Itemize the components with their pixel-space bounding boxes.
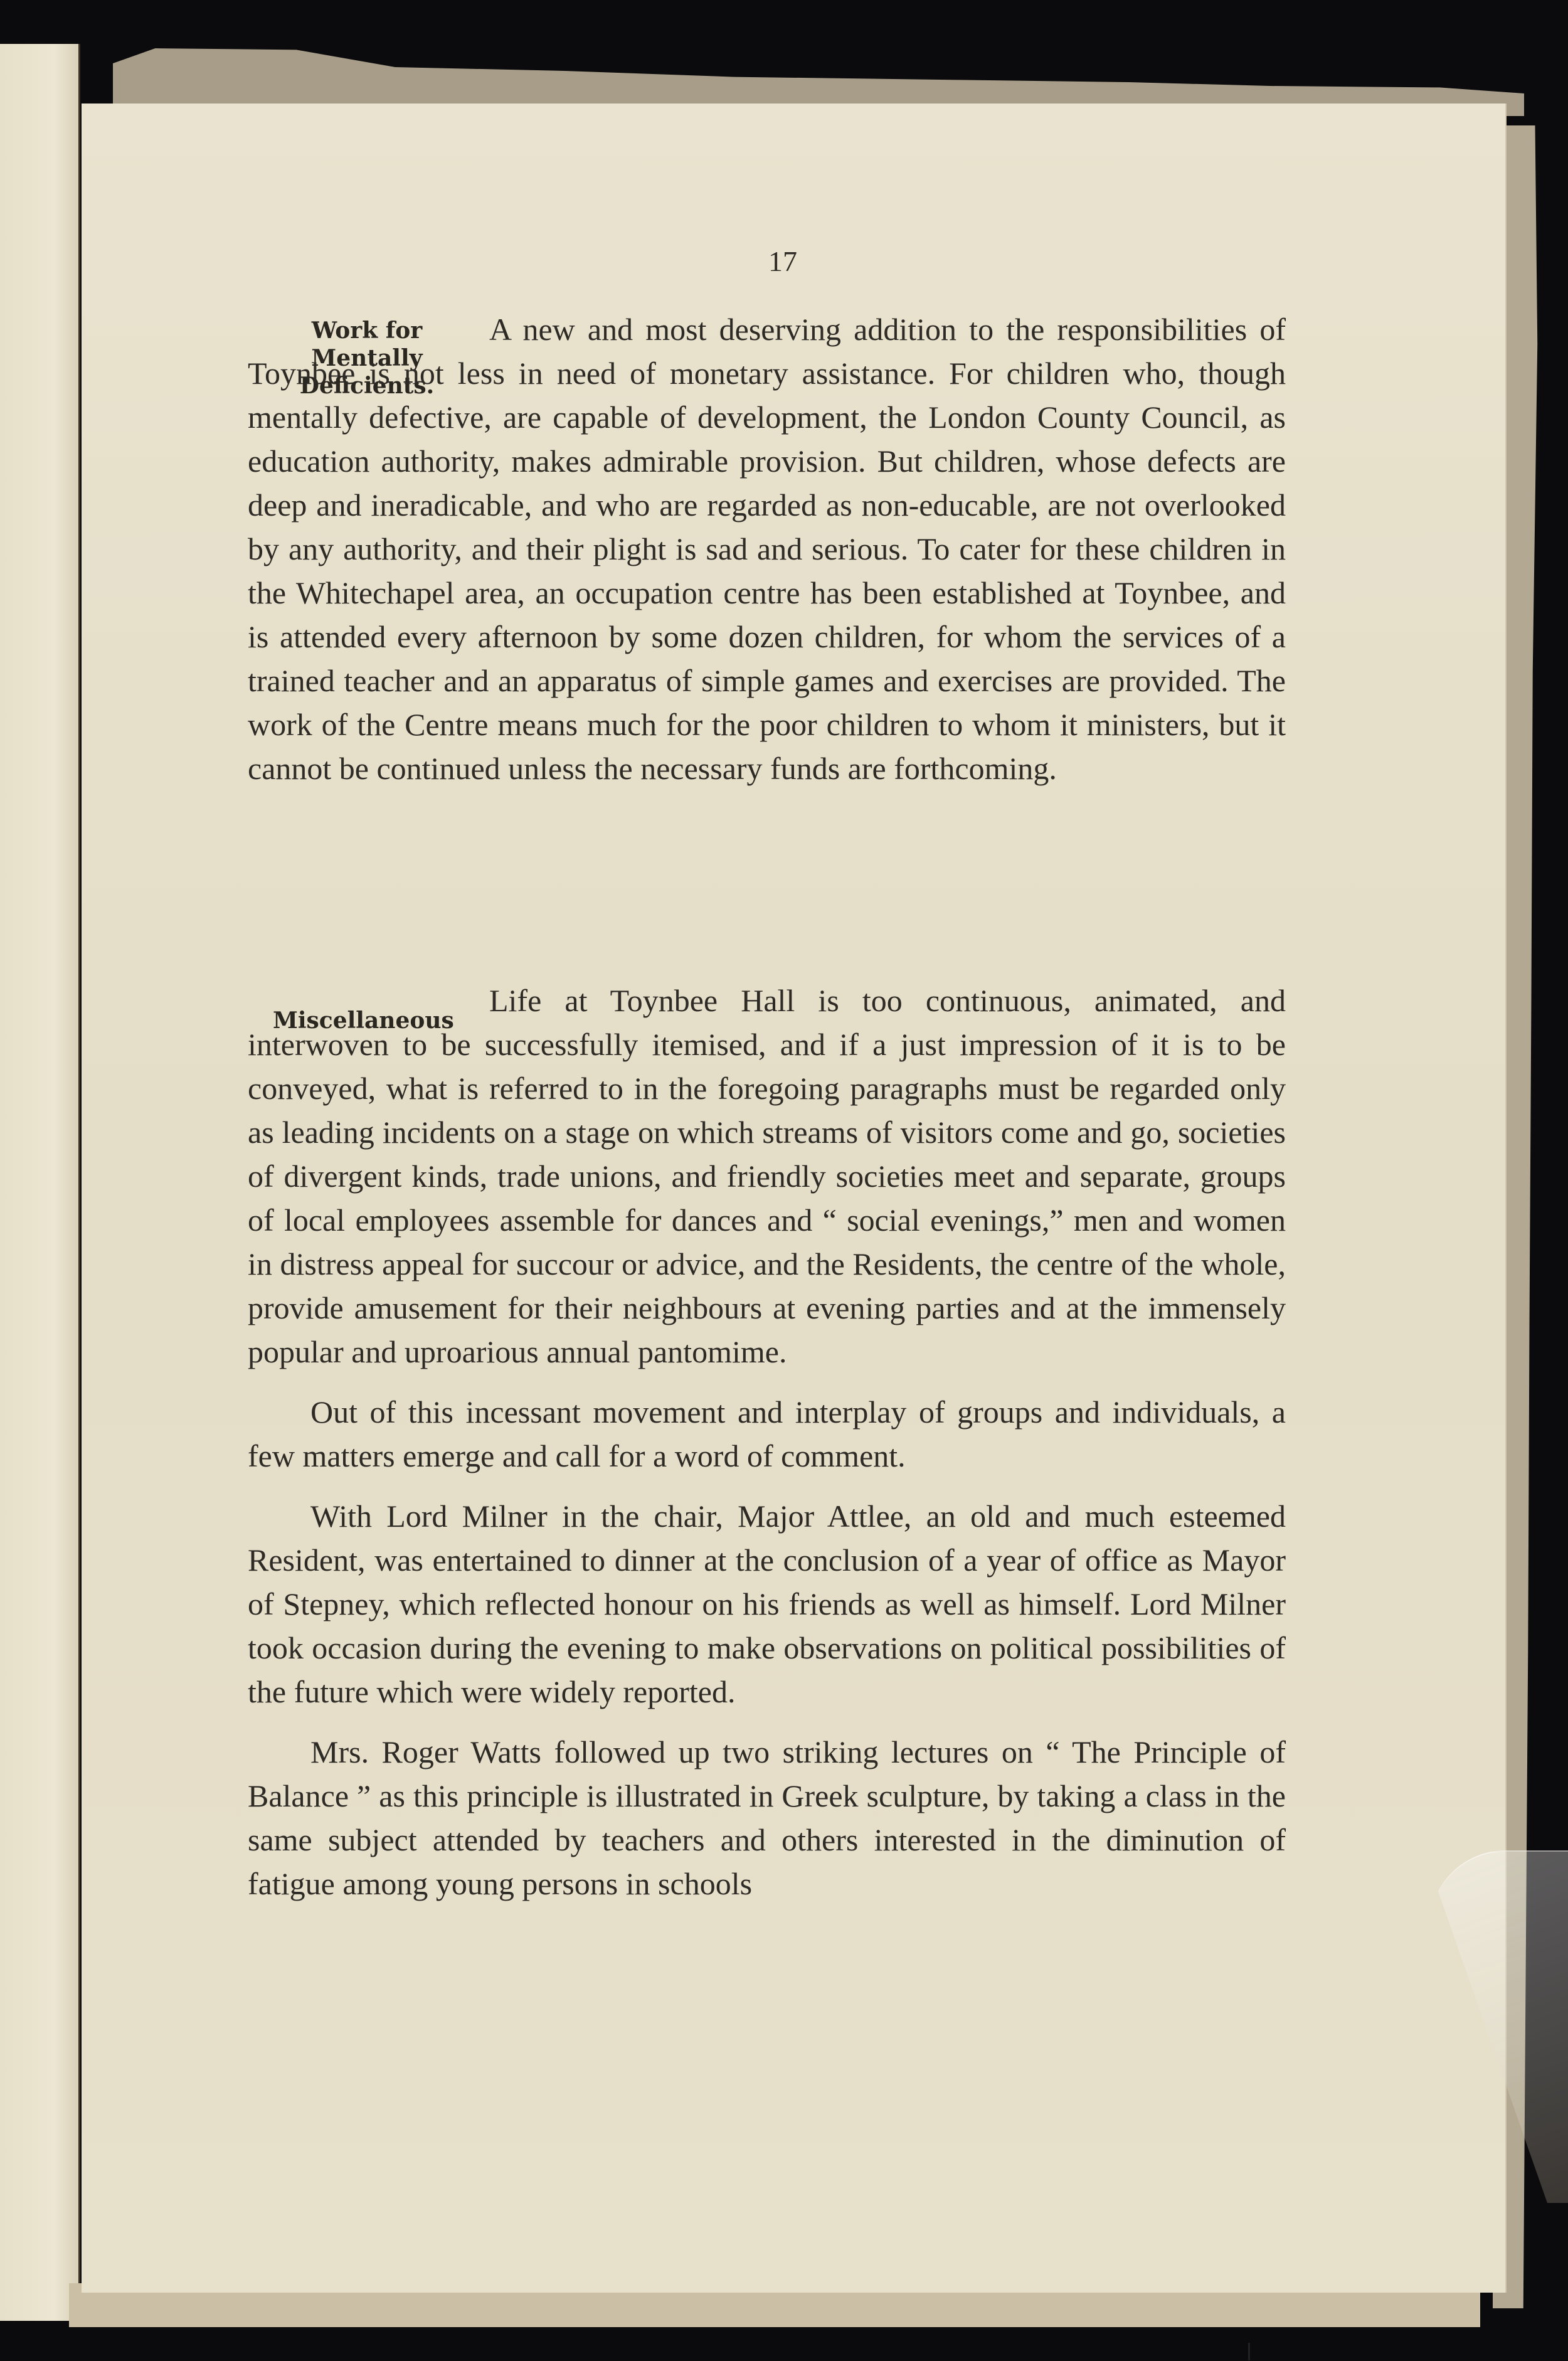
facing-page-left [0,44,80,2321]
section-miscellaneous: Life at Toynbee Hall is too continuous, … [248,979,1286,1906]
section-work-for-mentally-deficients: A new and most deserving addition to the… [248,307,1286,790]
paragraph: Mrs. Roger Watts followed up two strikin… [248,1730,1286,1906]
paragraph: A new and most deserving addition to the… [248,307,1286,790]
paragraph: Out of this incessant movement and inter… [248,1390,1286,1478]
page-number: 17 [768,245,797,278]
paragraph: With Lord Milner in the chair, Major Att… [248,1494,1286,1714]
page-edge-mark [1248,2343,1250,2360]
paragraph: Life at Toynbee Hall is too continuous, … [248,979,1286,1374]
